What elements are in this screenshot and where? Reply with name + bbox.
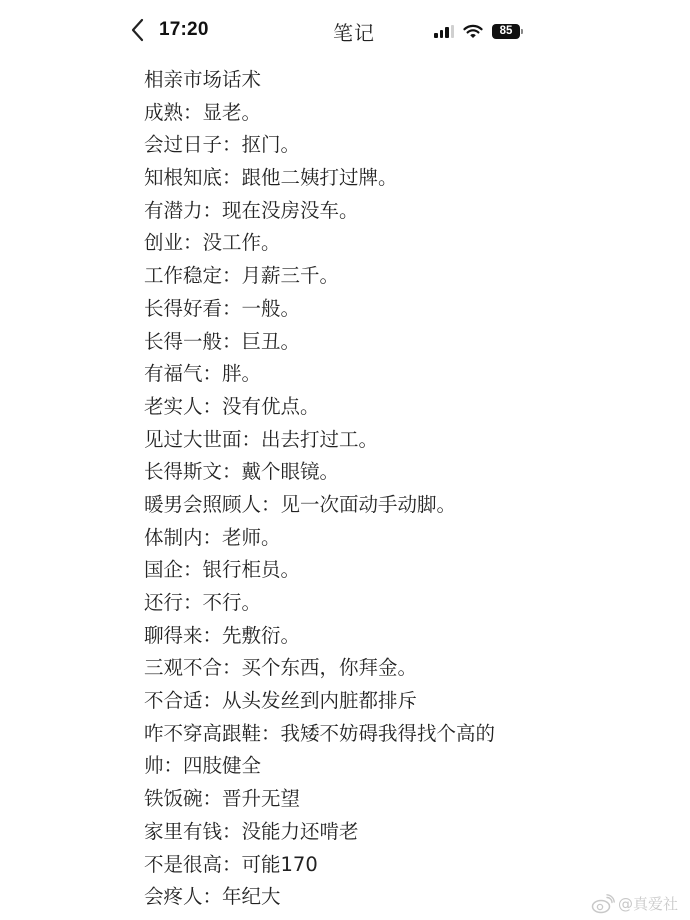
note-line: 不合适：从头发丝到内脏都排斥 xyxy=(144,685,664,718)
note-line: 还行：不行。 xyxy=(144,587,664,620)
note-line: 会疼人：年纪大 xyxy=(144,881,664,914)
note-line: 工作稳定：月薪三千。 xyxy=(144,260,664,293)
note-line: 成熟：显老。 xyxy=(144,97,664,130)
battery-tip xyxy=(521,29,523,34)
wifi-icon xyxy=(463,24,483,39)
note-line: 知根知底：跟他二姨打过牌。 xyxy=(144,162,664,195)
note-line: 长得斯文：戴个眼镜。 xyxy=(144,456,664,489)
note-content[interactable]: 相亲市场话术 成熟：显老。 会过日子：抠门。 知根知底：跟他二姨打过牌。 有潜力… xyxy=(144,64,664,914)
navigation-bar: 17:20 笔记 85 xyxy=(0,0,690,60)
note-line: 创业：没工作。 xyxy=(144,227,664,260)
note-line: 帅：四肢健全 xyxy=(144,750,664,783)
back-button[interactable] xyxy=(128,16,148,44)
watermark: @真爱社 xyxy=(591,893,678,914)
battery-level: 85 xyxy=(492,24,520,39)
status-icons: 85 xyxy=(434,22,523,40)
weibo-icon xyxy=(591,894,615,914)
note-line: 不是很高：可能170 xyxy=(144,849,664,882)
note-line: 暖男会照顾人：见一次面动手动脚。 xyxy=(144,489,664,522)
note-line: 会过日子：抠门。 xyxy=(144,129,664,162)
note-line: 家里有钱：没能力还啃老 xyxy=(144,816,664,849)
chevron-left-icon xyxy=(128,16,148,44)
note-line: 体制内：老师。 xyxy=(144,522,664,555)
note-line: 长得好看：一般。 xyxy=(144,293,664,326)
note-line: 长得一般：巨丑。 xyxy=(144,326,664,359)
note-line: 聊得来：先敷衍。 xyxy=(144,620,664,653)
note-line: 铁饭碗：晋升无望 xyxy=(144,783,664,816)
signal-icon xyxy=(434,25,454,38)
note-title: 相亲市场话术 xyxy=(144,64,664,97)
watermark-text: @真爱社 xyxy=(618,893,678,914)
note-line: 见过大世面：出去打过工。 xyxy=(144,424,664,457)
note-line: 老实人：没有优点。 xyxy=(144,391,664,424)
note-line: 三观不合：买个东西，你拜金。 xyxy=(144,652,664,685)
status-time: 17:20 xyxy=(159,19,209,41)
page-title: 笔记 xyxy=(333,17,375,46)
battery-indicator: 85 xyxy=(492,24,523,39)
note-line: 有福气：胖。 xyxy=(144,358,664,391)
note-line: 国企：银行柜员。 xyxy=(144,554,664,587)
note-line: 咋不穿高跟鞋：我矮不妨碍我得找个高的 xyxy=(144,718,664,751)
note-line: 有潜力：现在没房没车。 xyxy=(144,195,664,228)
